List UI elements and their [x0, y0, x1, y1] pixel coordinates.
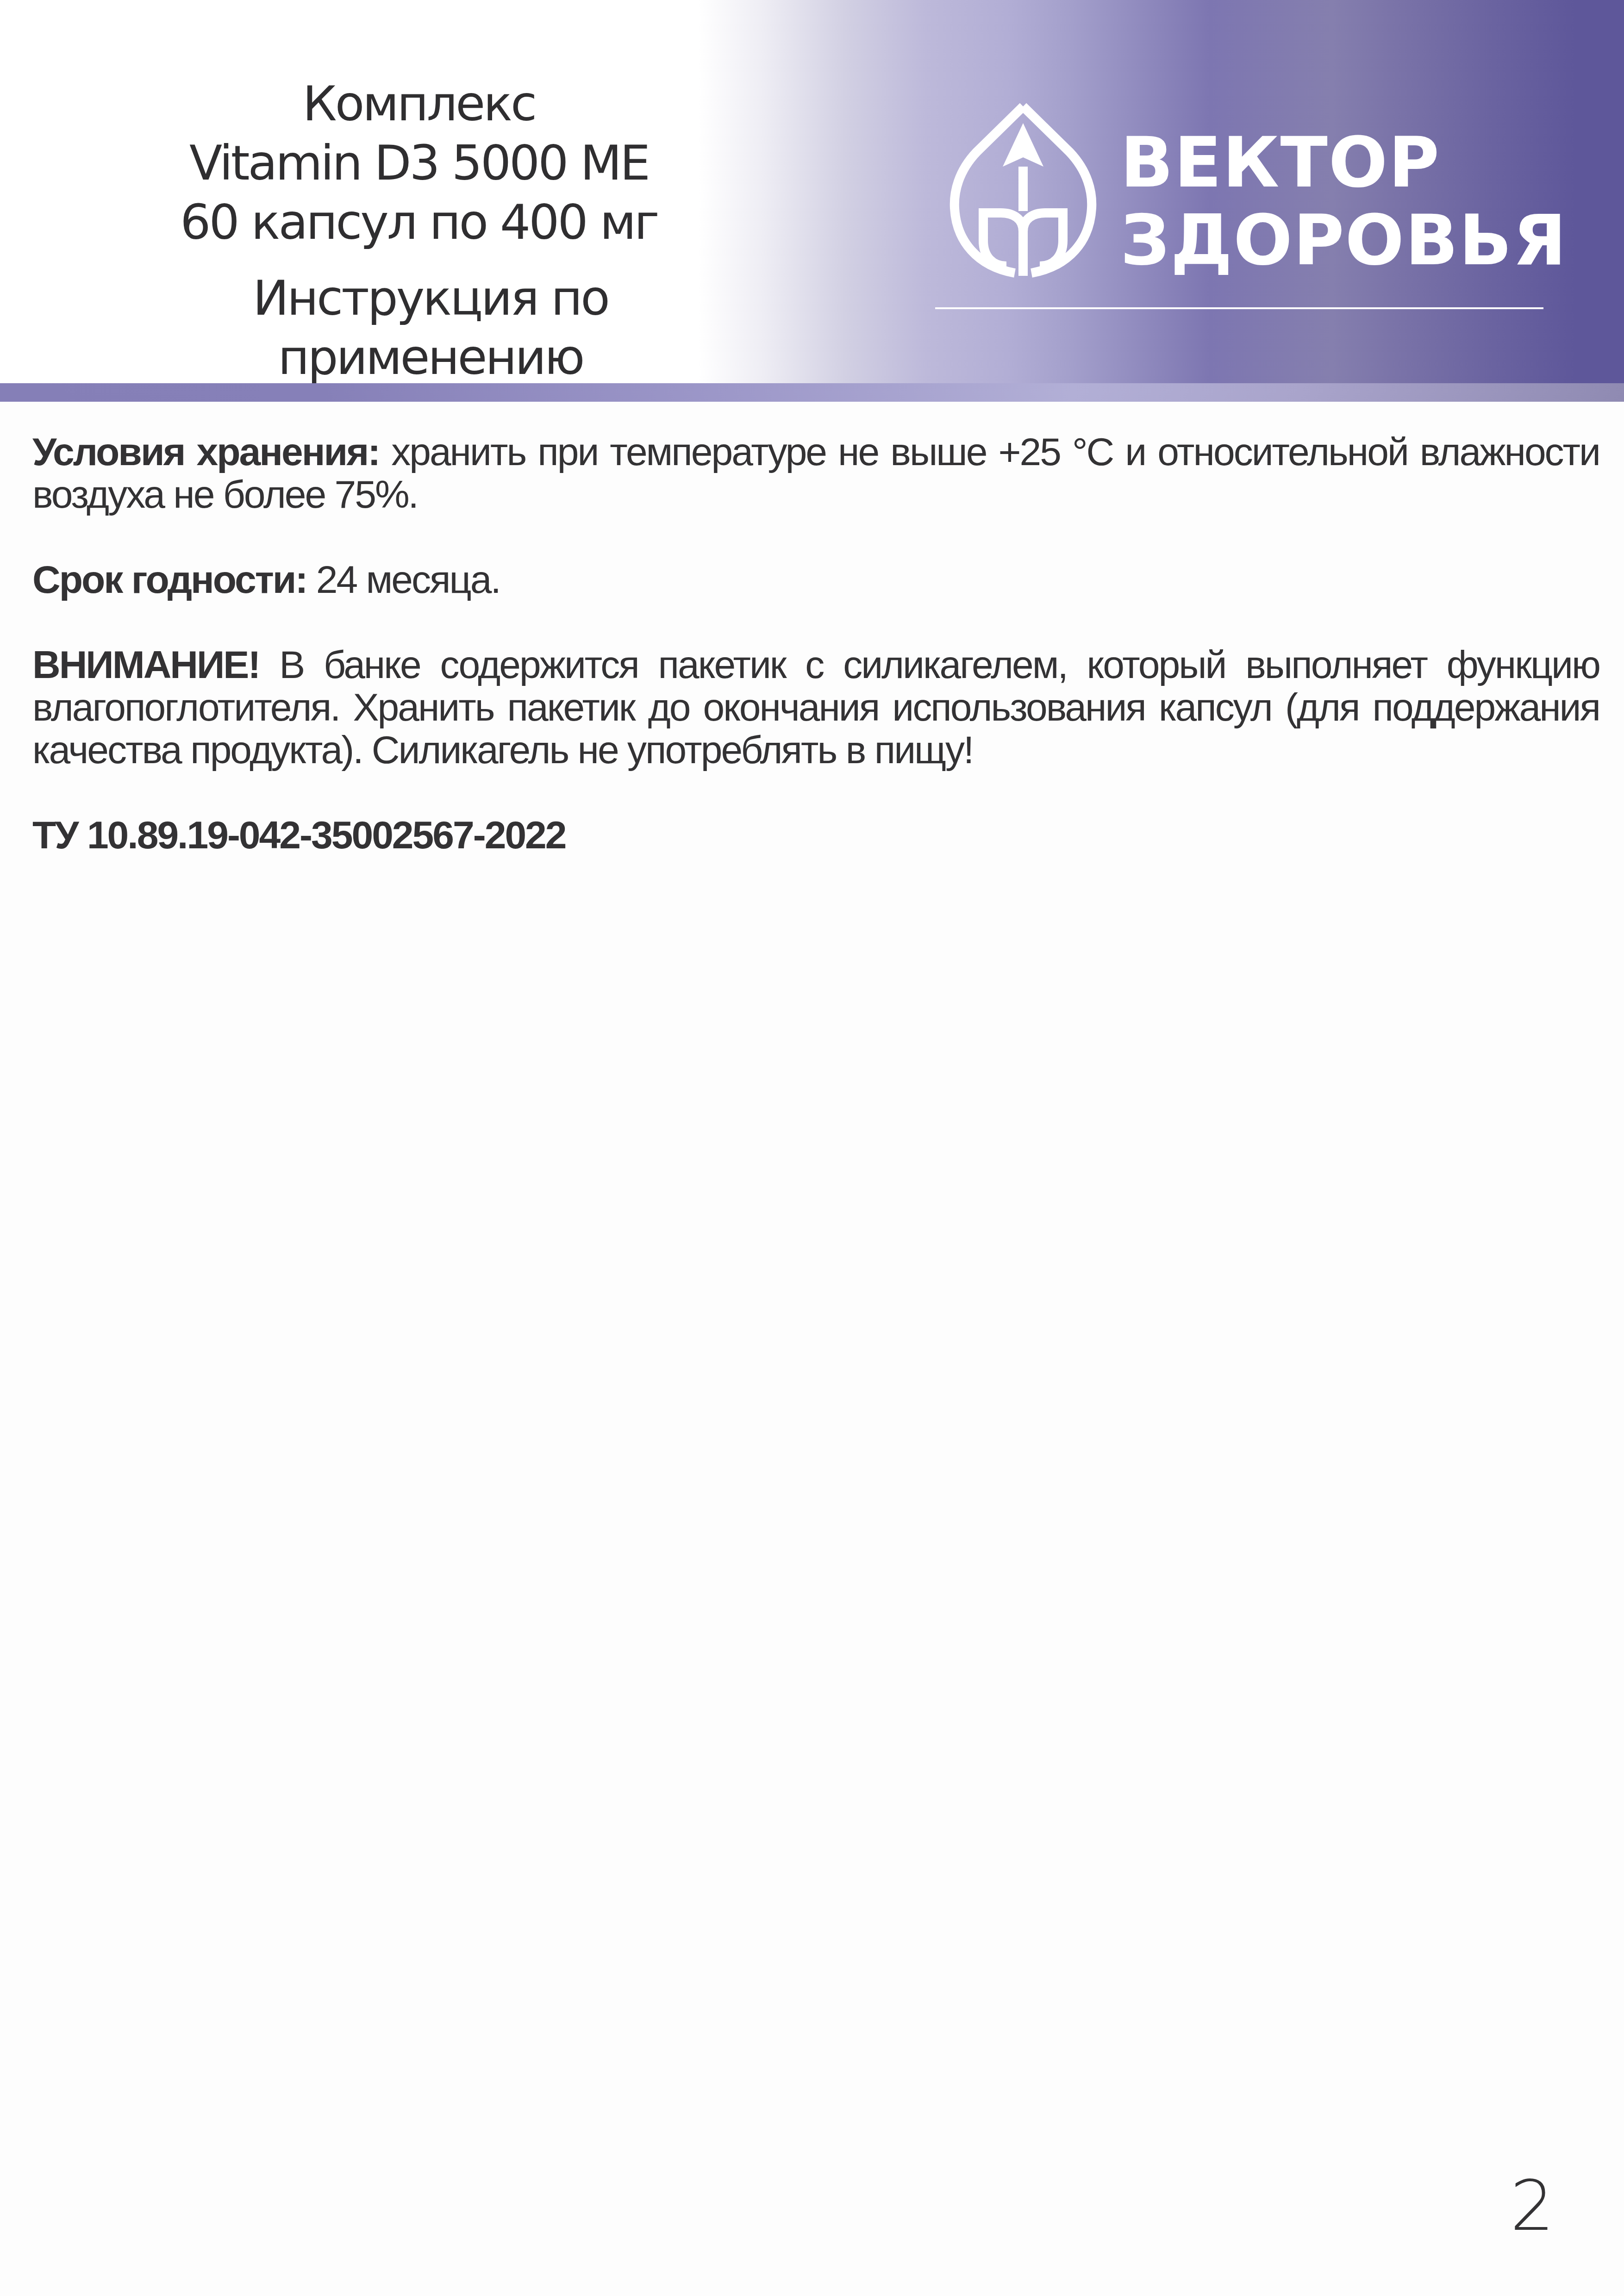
product-title-line-3: 60 капсул по 400 мг [176, 193, 662, 252]
instruction-body: Условия хранения: хранить при температур… [32, 430, 1599, 899]
shelf-life-label: Срок годности: [32, 558, 306, 601]
header-accent-band [0, 383, 1624, 402]
shelf-life-text: 24 месяца. [306, 558, 500, 601]
page-number: 2 [1510, 2166, 1554, 2246]
warning-label: ВНИМАНИЕ! [32, 643, 259, 686]
storage-conditions: Условия хранения: хранить при температур… [32, 430, 1599, 516]
technical-spec: ТУ 10.89.19-042-35002567-2022 [32, 814, 1599, 856]
shelf-life: Срок годности: 24 месяца. [32, 558, 1599, 601]
technical-spec-label: ТУ 10.89.19-042-35002567-2022 [32, 813, 566, 857]
product-title-line-1: Комплекс [176, 74, 662, 133]
product-title: Комплекс Vitamin D3 5000 МЕ 60 капсул по… [176, 74, 662, 252]
storage-label: Условия хранения: [32, 430, 379, 473]
warning: ВНИМАНИЕ! В банке содержится пакетик с с… [32, 643, 1599, 771]
brand-name: ВЕКТОР ЗДОРОВЬЯ [1120, 124, 1567, 280]
brand-divider [935, 307, 1543, 309]
drop-arrow-sprout-icon [949, 97, 1097, 285]
warning-text: В банке содержится пакетик с силикагелем… [32, 643, 1599, 772]
header-banner: Комплекс Vitamin D3 5000 МЕ 60 капсул по… [0, 0, 1624, 383]
document-subtitle: Инструкция по применению [102, 268, 759, 387]
brand-name-line-2: ЗДОРОВЬЯ [1120, 202, 1567, 280]
product-title-line-2: Vitamin D3 5000 МЕ [176, 133, 662, 193]
brand-name-line-1: ВЕКТОР [1120, 124, 1567, 202]
